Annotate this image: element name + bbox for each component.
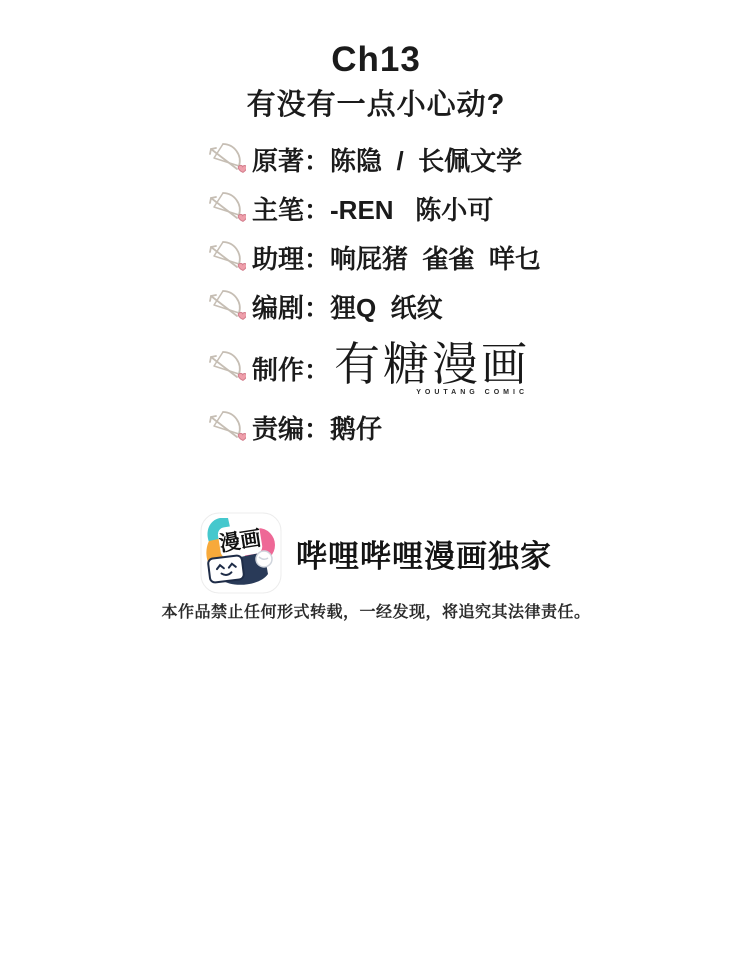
cupid-bow-heart-icon <box>208 350 246 386</box>
credit-value: -REN 陈小可 <box>330 190 493 227</box>
credit-value: 鹅仔 <box>330 409 382 446</box>
credit-label: 编剧： <box>252 288 330 325</box>
credit-row-assistants: 助理： 响屁猪 雀雀 咩乜 <box>208 241 541 274</box>
chapter-title: 有没有一点小心动? <box>0 82 752 123</box>
credit-row-lead-artist: 主笔： -REN 陈小可 <box>208 192 493 225</box>
credit-row-original-author: 原著： 陈隐 / 长佩文学 <box>208 143 522 176</box>
credit-value: 陈隐 / 长佩文学 <box>330 141 522 178</box>
credits-page: Ch13 有没有一点小心动? 原著： 陈隐 / 长佩文学 主笔： -REN 陈小… <box>0 0 752 969</box>
cupid-bow-heart-icon <box>208 410 246 446</box>
credit-value: 狸Q 纸纹 <box>330 288 443 325</box>
studio-sub-label: YOUTANG COMIC <box>416 389 528 396</box>
cupid-bow-heart-icon <box>208 191 246 227</box>
credit-label: 制作： <box>252 350 330 387</box>
credit-label: 责编： <box>252 409 330 446</box>
credit-row-editor: 责编： 鹅仔 <box>208 411 382 444</box>
credit-label: 原著： <box>252 141 330 178</box>
bilibili-manga-app-icon: 漫画 <box>200 512 282 594</box>
credits-list: 原著： 陈隐 / 长佩文学 主笔： -REN 陈小可 助理： 响屁猪 雀雀 咩乜 <box>208 143 541 460</box>
studio-name: 有糖漫画 <box>334 341 530 387</box>
credit-label: 助理： <box>252 239 330 276</box>
cupid-bow-heart-icon <box>208 142 246 178</box>
copyright-disclaimer: 本作品禁止任何形式转载，一经发现，将追究其法律责任。 <box>0 599 752 622</box>
credit-row-production: 制作： 有糖漫画 YOUTANG COMIC <box>208 339 530 397</box>
chapter-number: Ch13 <box>0 40 752 80</box>
cupid-bow-heart-icon <box>208 240 246 276</box>
credit-row-screenwriter: 编剧： 狸Q 纸纹 <box>208 290 443 323</box>
youtang-comic-logo: 有糖漫画 YOUTANG COMIC <box>334 341 530 396</box>
publisher-block: 漫画 哔哩哔哩漫画独家 <box>0 512 752 594</box>
cupid-bow-heart-icon <box>208 289 246 325</box>
credit-value: 响屁猪 雀雀 咩乜 <box>330 239 541 276</box>
publisher-name: 哔哩哔哩漫画独家 <box>296 531 552 576</box>
credit-label: 主笔： <box>252 190 330 227</box>
